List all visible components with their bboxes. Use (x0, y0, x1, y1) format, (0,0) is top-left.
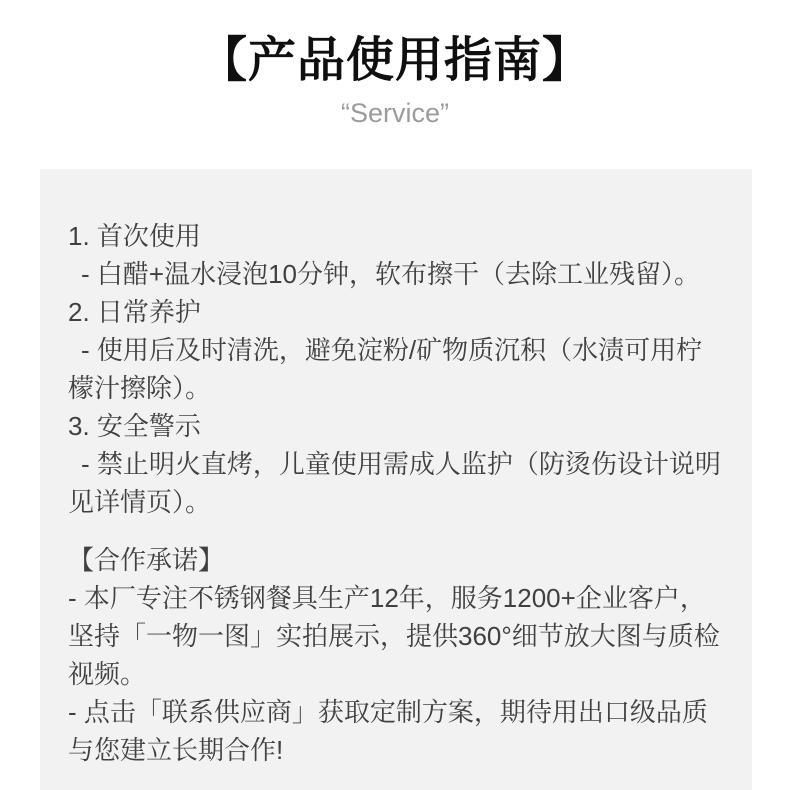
section-detail: - 使用后及时清洗，避免淀粉/矿物质沉积（水渍可用柠檬汁擦除）。 (68, 331, 726, 407)
product-usage-guide-page: 【产品使用指南】 “Service” 1. 首次使用 - 白醋+温水浸泡10分钟… (0, 0, 790, 790)
page-title: 【产品使用指南】 (0, 33, 790, 89)
section-detail: - 白醋+温水浸泡10分钟，软布擦干（去除工业残留）。 (68, 255, 726, 293)
commitment-section: 【合作承诺】 - 本厂专注不锈钢餐具生产12年，服务1200+企业客户，坚持「一… (68, 541, 726, 769)
guide-panel: 1. 首次使用 - 白醋+温水浸泡10分钟，软布擦干（去除工业残留）。 2. 日… (40, 169, 752, 790)
section-detail: - 禁止明火直烤，儿童使用需成人监护（防烫伤设计说明见详情页）。 (68, 445, 726, 521)
commitment-heading: 【合作承诺】 (68, 541, 726, 579)
guide-section-safety-warning: 3. 安全警示 - 禁止明火直烤，儿童使用需成人监护（防烫伤设计说明见详情页）。 (68, 407, 726, 521)
guide-section-daily-care: 2. 日常养护 - 使用后及时清洗，避免淀粉/矿物质沉积（水渍可用柠檬汁擦除）。 (68, 293, 726, 407)
page-subtitle: “Service” (0, 97, 790, 129)
guide-section-first-use: 1. 首次使用 - 白醋+温水浸泡10分钟，软布擦干（去除工业残留）。 (68, 217, 726, 293)
section-heading: 1. 首次使用 (68, 217, 726, 255)
commitment-item: - 点击「联系供应商」获取定制方案，期待用出口级品质与您建立长期合作! (68, 693, 726, 769)
section-heading: 3. 安全警示 (68, 407, 726, 445)
section-heading: 2. 日常养护 (68, 293, 726, 331)
commitment-item: - 本厂专注不锈钢餐具生产12年，服务1200+企业客户，坚持「一物一图」实拍展… (68, 579, 726, 693)
